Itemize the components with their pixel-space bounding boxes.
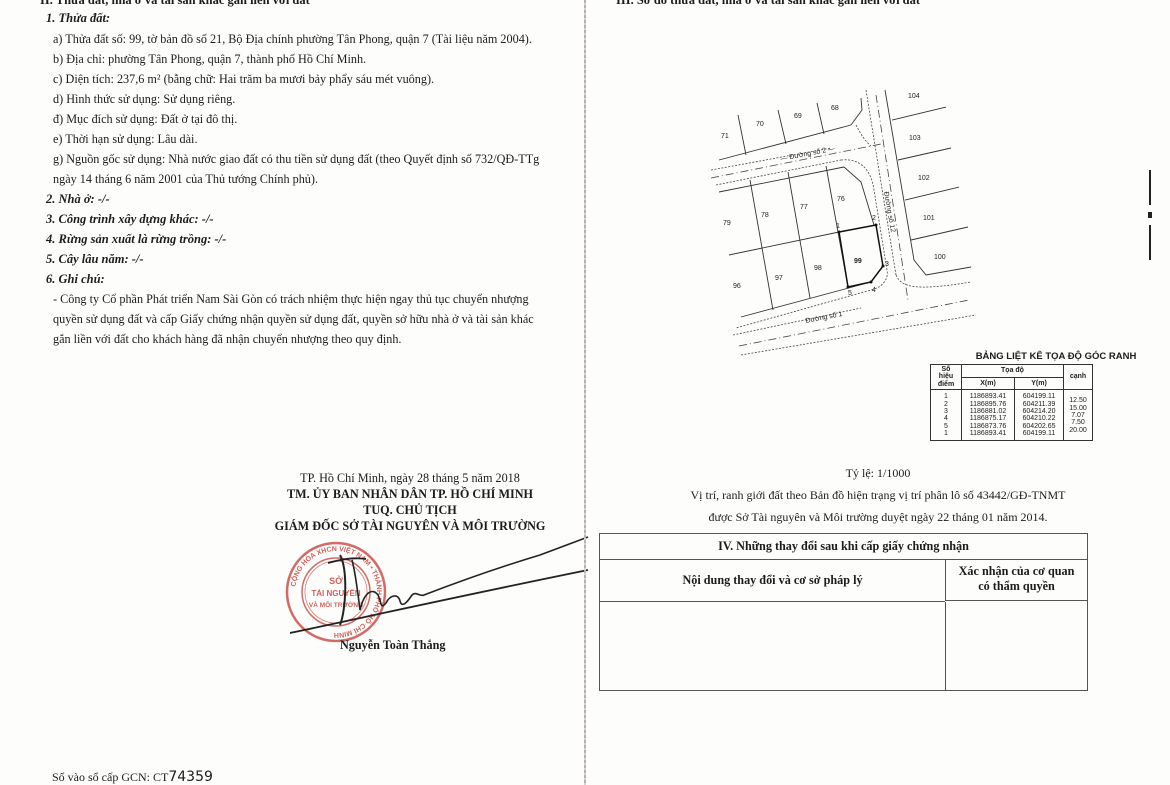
area-line: c) Diện tích: 237,6 m² (bằng chữ: Hai tr…: [53, 72, 434, 87]
svg-text:98: 98: [814, 265, 822, 272]
svg-text:96: 96: [733, 283, 741, 290]
col-point: Số hiệu điểm: [931, 365, 962, 390]
signer-name: Nguyễn Toàn Thắng: [340, 638, 445, 653]
usage-form-line: d) Hình thức sử dụng: Sử dụng riêng.: [53, 92, 235, 107]
y-values: 604199.11604211.39604214.20604210.226042…: [1015, 390, 1064, 440]
svg-text:4: 4: [872, 287, 876, 294]
map-note-line-1: Vị trí, ranh giới đất theo Bản đồ hiện t…: [586, 488, 1170, 503]
land-parcel-heading: 1. Thửa đất:: [46, 11, 110, 26]
svg-text:103: 103: [909, 135, 921, 142]
svg-text:78: 78: [761, 212, 769, 219]
svg-text:102: 102: [918, 175, 930, 182]
svg-text:99: 99: [854, 258, 862, 265]
serial-number-line: Số vào sổ cấp GCN: CT74359: [52, 769, 213, 785]
usage-origin-line: g) Nguồn gốc sử dụng: Nhà nước giao đất …: [53, 152, 539, 167]
notes-heading: 6. Ghi chú:: [46, 272, 105, 287]
svg-text:68: 68: [831, 105, 839, 112]
svg-text:77: 77: [800, 204, 808, 211]
col-y: Y(m): [1015, 377, 1064, 390]
svg-text:101: 101: [923, 215, 935, 222]
serial-label: Số vào sổ cấp GCN:: [52, 770, 150, 784]
point-ids: 123451: [931, 390, 962, 440]
other-construction-heading: 3. Công trình xây dựng khác: -/-: [46, 212, 214, 227]
svg-text:69: 69: [794, 113, 802, 120]
serial-prefix: CT: [153, 770, 168, 784]
section-iii-title: III. Sơ đồ thửa đất, nhà ở và tài sản kh…: [616, 0, 920, 8]
note-line-2: quyền sử dụng đất và cấp Giấy chứng nhận…: [53, 312, 534, 327]
right-page: III. Sơ đồ thửa đất, nhà ở và tài sản kh…: [586, 0, 1170, 785]
note-line-1: - Công ty Cổ phần Phát triển Nam Sài Gòn…: [53, 292, 529, 307]
svg-text:97: 97: [775, 275, 783, 282]
svg-text:71: 71: [721, 133, 729, 140]
svg-text:2: 2: [872, 215, 876, 222]
confirm-label-2: có thẩm quyền: [946, 579, 1087, 594]
changes-content-cell: [600, 602, 945, 690]
svg-text:100: 100: [934, 254, 946, 261]
changes-table: IV. Những thay đổi sau khi cấp giấy chứn…: [599, 533, 1088, 691]
changes-confirm-cell: [945, 602, 1088, 690]
coordinate-table-title: BẢNG LIỆT KÊ TỌA ĐỘ GÓC RANH: [956, 351, 1156, 362]
perennial-trees-heading: 5. Cây lâu năm: -/-: [46, 252, 144, 267]
usage-term-line: e) Thời hạn sử dụng: Lâu dài.: [53, 132, 198, 147]
page-edge-mark: [1148, 170, 1152, 260]
section-ii-title: II. Thửa đất, nhà ở và tài sản khác gắn …: [40, 0, 310, 8]
svg-text:Đường số 12: Đường số 12: [882, 191, 898, 233]
svg-text:Đường số 1: Đường số 1: [805, 309, 843, 325]
usage-purpose-line: đ) Mục đích sử dụng: Đất ở tại đô thị.: [53, 112, 237, 127]
changes-title: IV. Những thay đổi sau khi cấp giấy chứn…: [600, 534, 1087, 560]
svg-text:1: 1: [836, 223, 840, 230]
left-page: II. Thửa đất, nhà ở và tài sản khác gắn …: [0, 0, 585, 785]
serial-number: 74359: [168, 769, 213, 785]
planted-forest-heading: 4. Rừng sản xuất là rừng trồng: -/-: [46, 232, 226, 247]
signature-icon: [290, 515, 590, 645]
svg-text:79: 79: [723, 220, 731, 227]
place-date: TP. Hồ Chí Minh, ngày 28 tháng 5 năm 201…: [230, 470, 590, 486]
parcel-map: 7170 6968 104103 102101 10079 7877 7696 …: [711, 70, 1011, 390]
note-line-3: gắn liền với đất cho khách hàng đã nhận …: [53, 332, 401, 347]
svg-text:— Đường số 2 —: — Đường số 2 —: [780, 144, 836, 163]
svg-text:76: 76: [837, 196, 845, 203]
x-values: 1186893.411186895.761186881.021186875.17…: [962, 390, 1015, 440]
col-coords: Tọa độ: [962, 365, 1064, 378]
edge-lengths: 12.5015.007.077.5020.00: [1064, 390, 1093, 440]
house-heading: 2. Nhà ở: -/-: [46, 192, 110, 207]
address-line: b) Địa chỉ: phường Tân Phong, quận 7, th…: [53, 52, 366, 67]
map-note-line-2: được Sở Tài nguyên và Môi trường duyệt n…: [586, 510, 1170, 525]
svg-text:70: 70: [756, 121, 764, 128]
usage-origin-line-2: ngày 14 tháng 6 năm 2001 của Thủ tướng C…: [53, 172, 318, 187]
svg-text:5: 5: [848, 290, 852, 297]
parcel-number-line: a) Thửa đất số: 99, tờ bản đồ số 21, Bộ …: [53, 32, 532, 47]
col-x: X(m): [962, 377, 1015, 390]
changes-col-content: Nội dung thay đổi và cơ sở pháp lý: [600, 559, 945, 602]
map-scale: Tỷ lệ: 1/1000: [586, 466, 1170, 481]
confirm-label-1: Xác nhận của cơ quan: [946, 564, 1087, 579]
svg-text:104: 104: [908, 93, 920, 100]
svg-text:3: 3: [885, 261, 889, 268]
changes-col-confirm: Xác nhận của cơ quan có thẩm quyền: [945, 559, 1087, 601]
coordinate-table: Số hiệu điểm Tọa độ cạnh X(m) Y(m) 12345…: [930, 364, 1093, 441]
org-line: TM. ỦY BAN NHÂN DÂN TP. HỒ CHÍ MINH: [230, 486, 590, 502]
col-edge: cạnh: [1064, 365, 1093, 390]
